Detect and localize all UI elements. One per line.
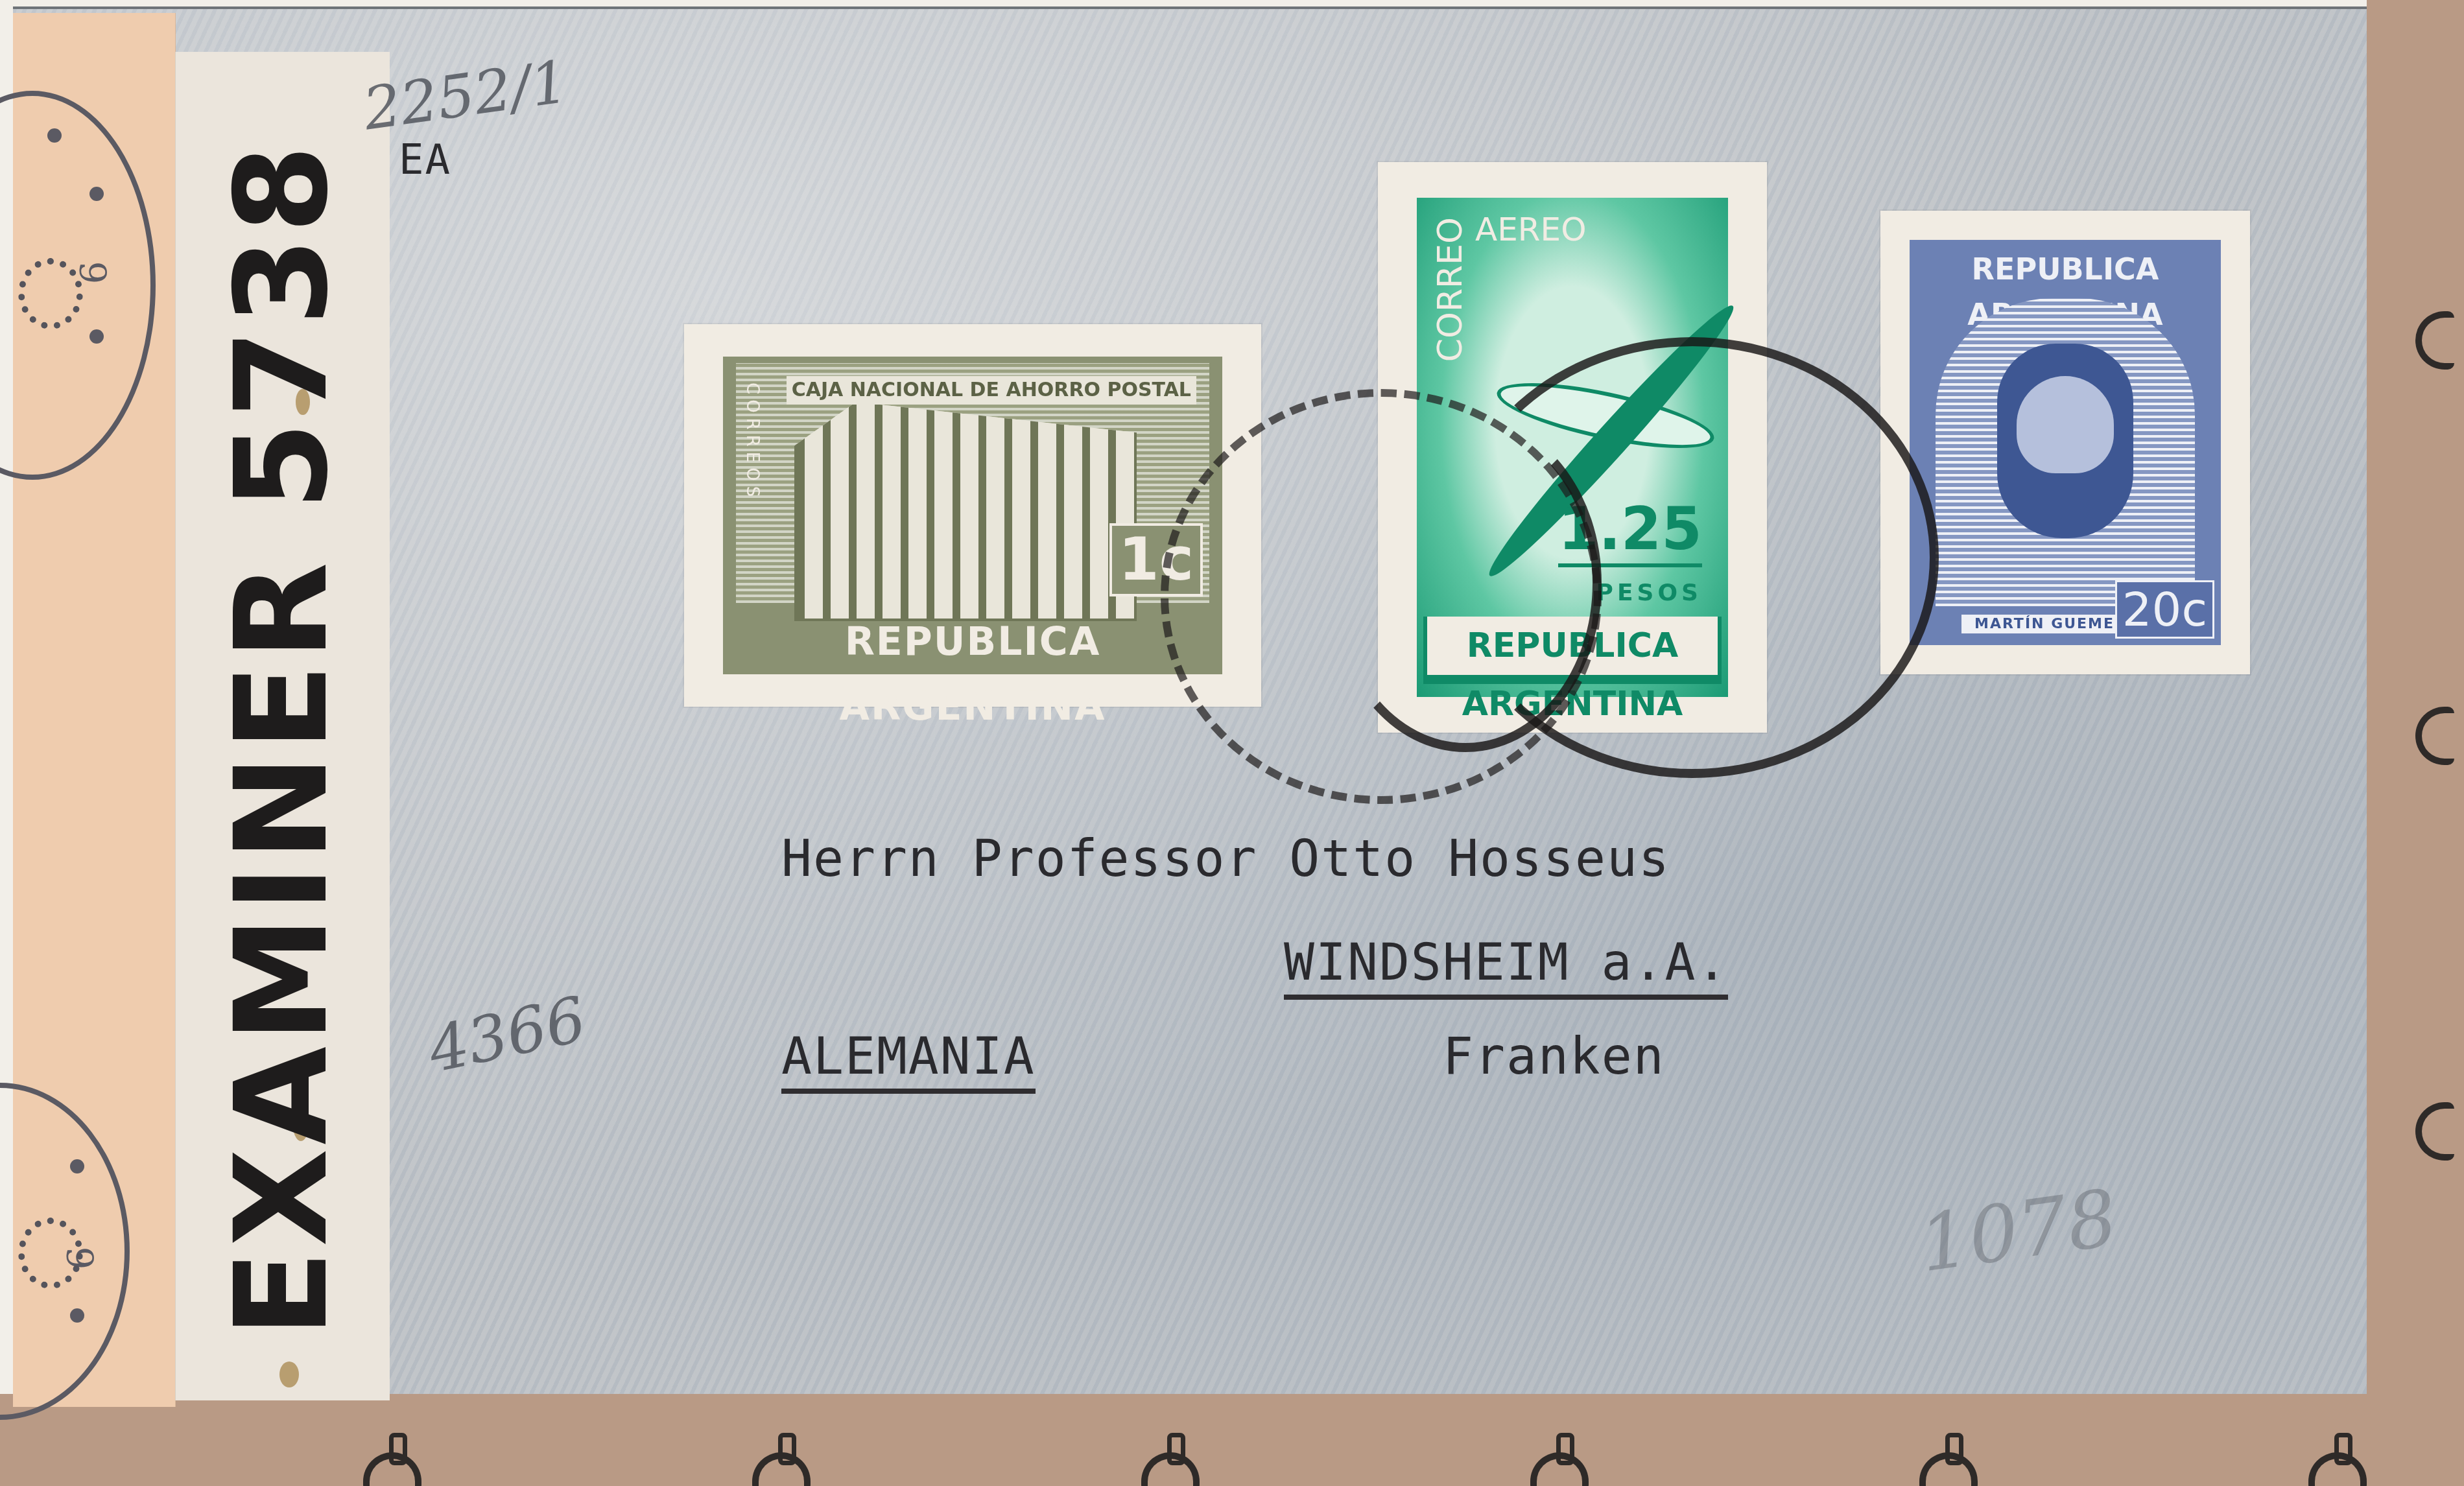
tape-emblem-icon — [1530, 1452, 1589, 1486]
tape-emblem-icon — [1919, 1452, 1978, 1486]
address-country: ALEMANIA — [781, 1028, 1036, 1094]
censor-handstamp-circle: 6 — [0, 1083, 130, 1420]
tape-emblem-icon — [2415, 707, 2454, 765]
address-region: Franken — [1443, 1028, 1665, 1086]
tape-emblem-icon — [2415, 1102, 2454, 1161]
postmark-cancel — [1329, 415, 1602, 752]
address-recipient: Herrn Professor Otto Hosseus — [781, 830, 1670, 888]
stamp-20c-martin-guemes: REPUBLICA ARGENTINA MARTÍN GUEMES 20c — [1880, 211, 2250, 674]
building-illustration — [794, 402, 1137, 621]
tape-emblem-icon — [2415, 311, 2454, 370]
envelope: 6 6 EXAMINER 5738 2252/1 EA 4366 1078 CO… — [0, 0, 2464, 1486]
censor-handstamp-circle: 6 — [0, 91, 156, 480]
tape-emblem-icon — [1141, 1452, 1200, 1486]
tape-emblem-icon — [2308, 1452, 2367, 1486]
censor-label-orange: 6 6 — [13, 13, 176, 1407]
examiner-number-text: EXAMINER 5738 — [208, 141, 356, 1337]
handstamp-emblem-icon — [18, 1218, 83, 1289]
tape-emblem-icon — [752, 1452, 811, 1486]
tape-emblem-icon — [363, 1452, 421, 1486]
censor-tape-bottom — [0, 1394, 2464, 1486]
address-city: WINDSHEIM a.A. — [1284, 934, 1728, 1000]
typed-note-top: EA — [399, 136, 451, 184]
censor-tape-right — [2367, 0, 2464, 1486]
handstamp-emblem-icon — [18, 258, 83, 329]
